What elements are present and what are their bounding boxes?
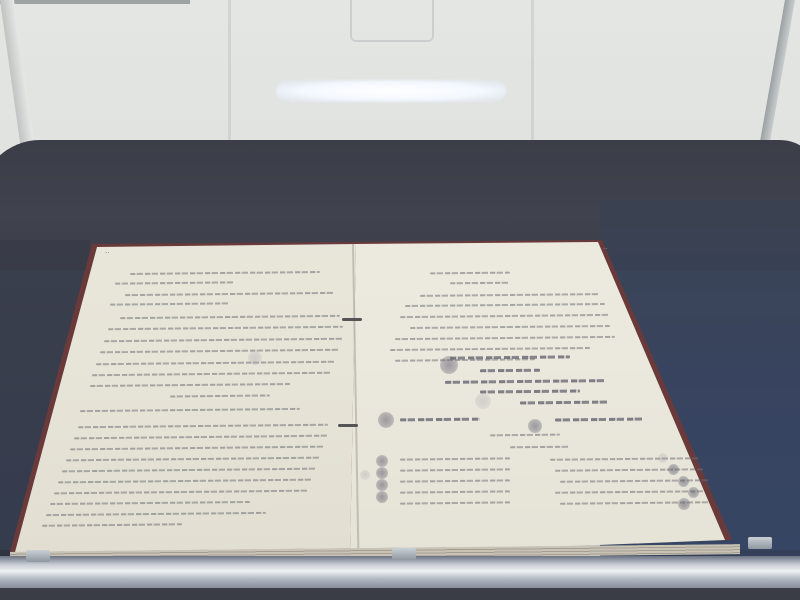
right-page-number: ·· [603, 245, 607, 253]
wax-seal-stamp [668, 464, 679, 475]
wax-seal-stamp [378, 412, 394, 428]
wax-seal-stamp [440, 356, 458, 374]
floor [0, 588, 800, 600]
wax-seal-stamp [475, 393, 491, 409]
manuscript-book: ·· ·· [0, 0, 800, 600]
page-clip [748, 537, 772, 549]
wax-seal-stamp [376, 455, 388, 467]
wax-seal-stamp [688, 487, 699, 498]
wax-seal-stamp [678, 498, 690, 510]
wax-seal-stamp [360, 470, 370, 480]
wax-seal-stamp [376, 467, 388, 479]
museum-display-scene: ·· ·· [0, 0, 800, 600]
wax-seal-stamp [376, 479, 388, 491]
page-clip [392, 548, 416, 560]
wax-seal-stamp [248, 351, 262, 365]
binding-stitch [338, 424, 358, 427]
wax-seal-stamp [528, 419, 542, 433]
wax-seal-stamp [658, 453, 668, 463]
binding-stitch [342, 318, 362, 321]
wax-seal-stamp [678, 476, 689, 487]
display-rail [0, 556, 800, 590]
page-clip [26, 550, 50, 562]
wax-seal-stamp [376, 491, 388, 503]
left-page-number: ·· [105, 249, 109, 257]
